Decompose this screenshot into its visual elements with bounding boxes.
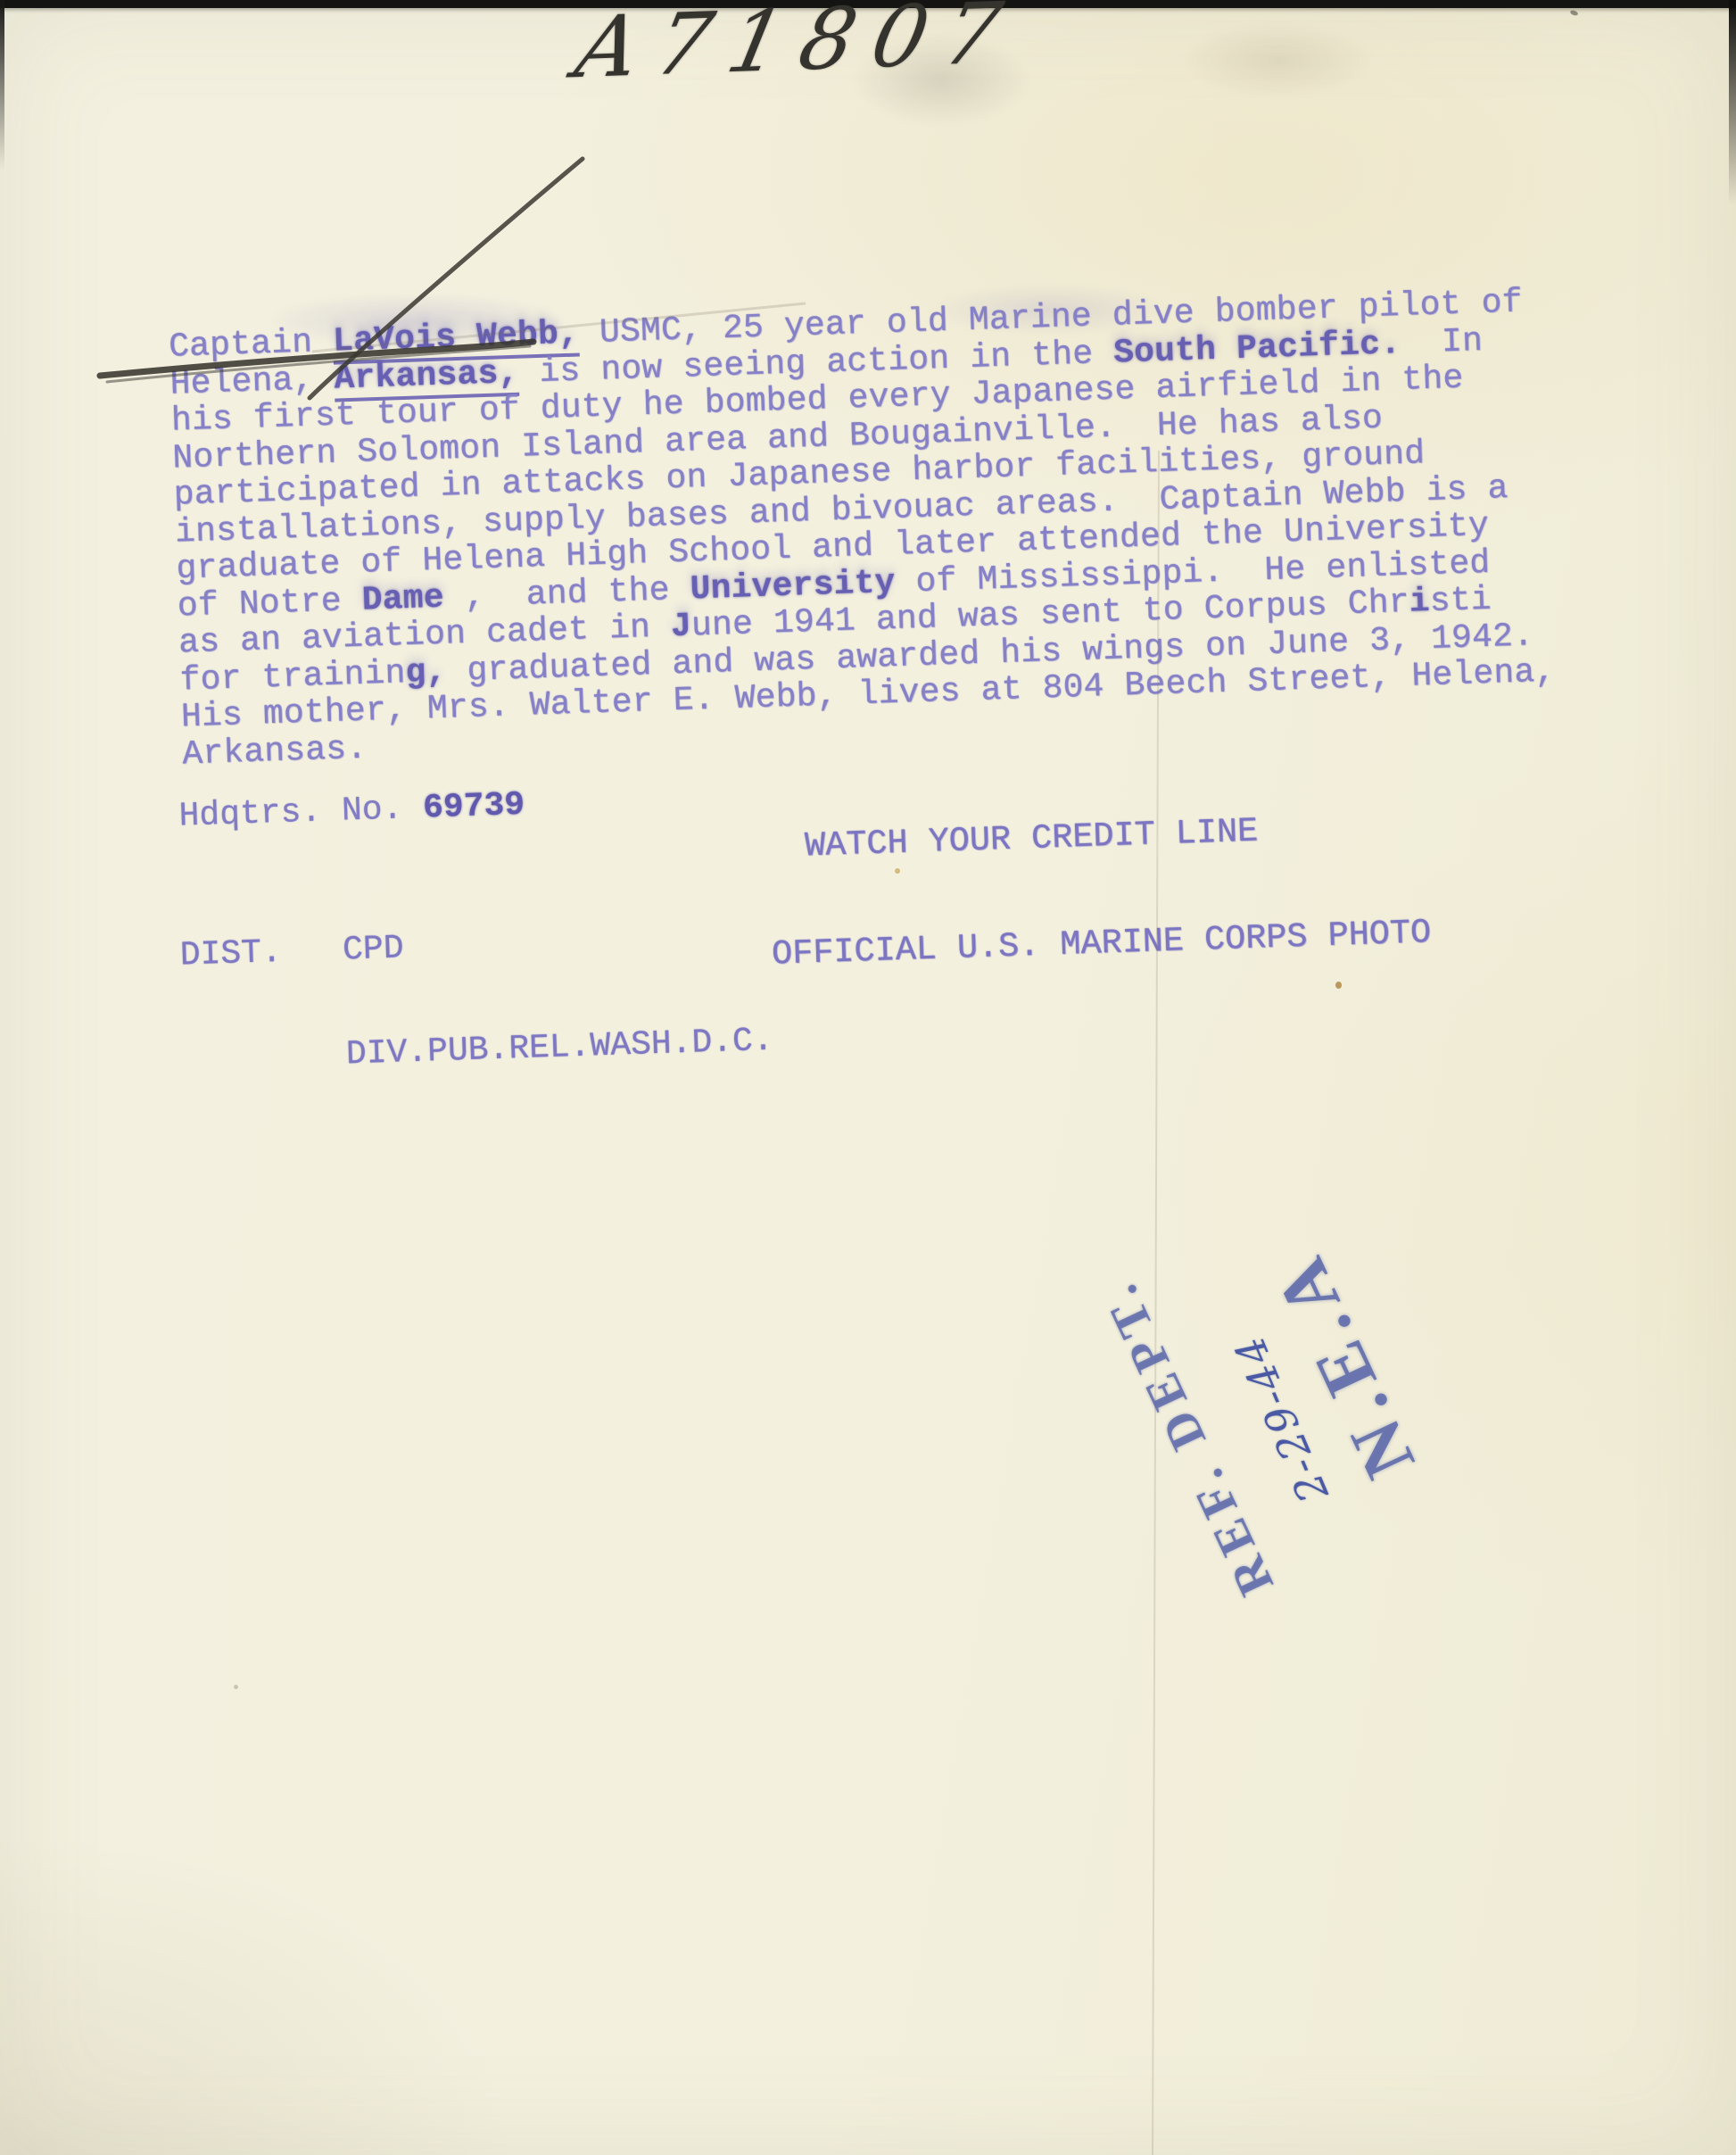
handwritten-photo-number: A71807 [567, 0, 1028, 97]
credit-line-block: WATCH YOUR CREDIT LINE OFFICIAL U.S. MAR… [765, 736, 1434, 1043]
credit-line-2: OFFICIAL U.S. MARINE CORPS PHOTO [772, 915, 1432, 972]
typed-line: Hdqtrs. No. 69739 [178, 786, 525, 836]
distribution-line-2: DIV.PUB.REL.WASH.D.C. [183, 1024, 773, 1078]
stain-speck [234, 1685, 238, 1689]
photo-caption-back-scan: A71807 Captain LaVois Webb, USMC, 25 yea… [0, 0, 1736, 2155]
headquarters-number-line: Hdqtrs. No. 69739 [178, 786, 525, 836]
typed-text: In [1400, 321, 1483, 362]
typed-text: Hdqtrs. No. [178, 790, 424, 836]
typed-text: Arkansas. [182, 729, 368, 774]
credit-line-1: WATCH YOUR CREDIT LINE [768, 808, 1428, 865]
emphasized-text: 69739 [422, 786, 525, 828]
ref-dept-rubber-stamp: REF. DEPT. 2-29-44 N.E.A [1067, 1144, 1476, 1651]
stain-speck [1569, 10, 1578, 17]
caption-paragraph: Captain LaVois Webb, USMC, 25 year old M… [169, 284, 1558, 774]
emphasized-text: J [670, 607, 691, 646]
scan-edge-left [0, 0, 4, 170]
distribution-block: DIST. CPD DIV.PUB.REL.WASH.D.C. [178, 850, 776, 1148]
emphasized-text: i [1409, 583, 1430, 622]
emphasized-text: g, [405, 652, 447, 692]
scan-edge-right [1729, 0, 1736, 205]
distribution-line-1: DIST. CPD [179, 919, 770, 974]
typed-text: sti [1429, 581, 1492, 621]
typewritten-block: Captain LaVois Webb, USMC, 25 year old M… [134, 264, 1663, 992]
paper-smudge [1182, 23, 1374, 98]
stamp-ref-dept-text: REF. DEPT. [1089, 1269, 1285, 1604]
emphasized-text: Dame [361, 578, 444, 619]
